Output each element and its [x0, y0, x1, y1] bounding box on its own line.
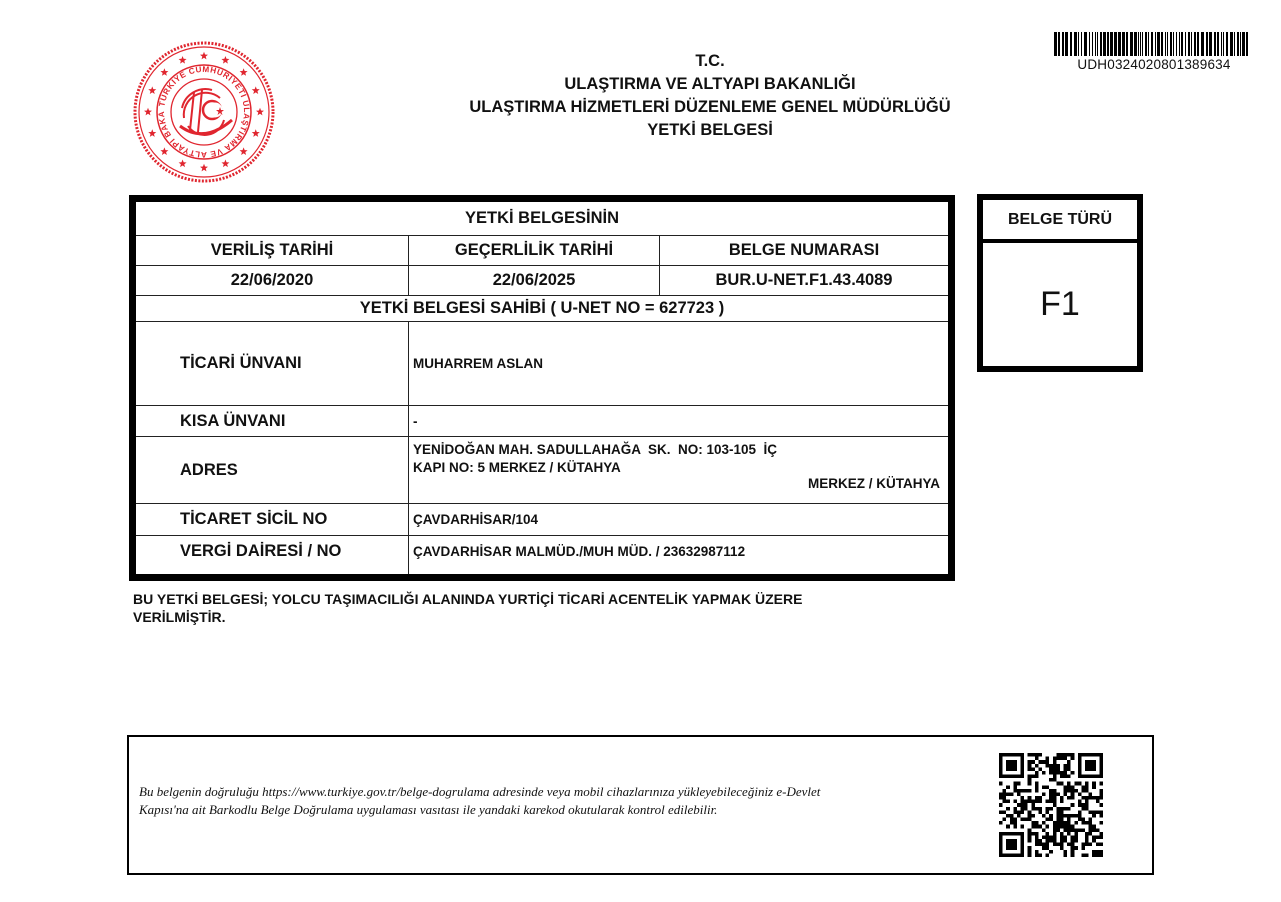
statement-line-2: VERİLMİŞTİR.	[133, 608, 913, 626]
verification-line-1: Bu belgenin doğruluğu https://www.turkiy…	[139, 783, 969, 801]
header-ministry: ULAŞTIRMA VE ALTYAPI BAKANLIĞI	[380, 73, 1040, 96]
values-row: 22/06/2020 22/06/2025 BUR.U-NET.F1.43.40…	[136, 266, 948, 296]
validity-date: 22/06/2025	[408, 266, 659, 295]
address-line-1: YENİDOĞAN MAH. SADULLAHAĞA SK. NO: 103-1…	[413, 441, 948, 459]
address-district: MERKEZ / KÜTAHYA	[413, 475, 948, 493]
header-doc-title: YETKİ BELGESİ	[380, 119, 1040, 142]
verification-box: Bu belgenin doğruluğu https://www.turkiy…	[127, 735, 1154, 875]
verification-line-2: Kapısı'na ait Barkodlu Belge Doğrulama u…	[139, 801, 969, 819]
holder-title: YETKİ BELGESİ SAHİBİ ( U-NET NO = 627723…	[136, 296, 948, 321]
field-label: TİCARİ ÜNVANI	[136, 322, 408, 405]
holder-title-row: YETKİ BELGESİ SAHİBİ ( U-NET NO = 627723…	[136, 296, 948, 322]
field-row-trade-name: TİCARİ ÜNVANI MUHARREM ASLAN	[136, 322, 948, 406]
field-label: ADRES	[136, 437, 408, 503]
seal-ring-text: TÜRKİYE CUMHURİYETİ ULAŞTIRMA VE ALTYAPI…	[132, 40, 251, 159]
authorization-statement: BU YETKİ BELGESİ; YOLCU TAŞIMACILIĞI ALA…	[133, 590, 913, 626]
svg-text:TÜRKİYE CUMHURİYETİ ULAŞTIRMA: TÜRKİYE CUMHURİYETİ ULAŞTIRMA VE ALTYAPI…	[132, 40, 251, 159]
address-value: YENİDOĞAN MAH. SADULLAHAĞA SK. NO: 103-1…	[408, 437, 948, 503]
field-row-tax-office: VERGİ DAİRESİ / NO ÇAVDARHİSAR MALMÜD./M…	[136, 536, 948, 574]
document-type-box: BELGE TÜRÜ F1	[977, 194, 1143, 372]
barcode-number: UDH0324020801389634	[1054, 57, 1254, 72]
verification-text: Bu belgenin doğruluğu https://www.turkiy…	[139, 783, 969, 819]
document-number: BUR.U-NET.F1.43.4089	[659, 266, 948, 295]
field-value: MUHARREM ASLAN	[408, 322, 948, 405]
header-tc: T.C.	[380, 50, 1040, 73]
field-label: KISA ÜNVANI	[136, 406, 408, 436]
certificate-table: YETKİ BELGESİNİN VERİLİŞ TARİHİ GEÇERLİL…	[129, 195, 955, 581]
column-header-row: VERİLİŞ TARİHİ GEÇERLİLİK TARİHİ BELGE N…	[136, 236, 948, 266]
field-label: TİCARET SİCİL NO	[136, 504, 408, 535]
document-type-title: BELGE TÜRÜ	[983, 200, 1137, 243]
section-title-row: YETKİ BELGESİNİN	[136, 202, 948, 236]
field-row-short-name: KISA ÜNVANI -	[136, 406, 948, 437]
column-header-document-number: BELGE NUMARASI	[659, 236, 948, 265]
ministry-seal-icon: TÜRKİYE CUMHURİYETİ ULAŞTIRMA VE ALTYAPI…	[132, 40, 276, 184]
barcode: UDH0324020801389634	[1054, 32, 1254, 72]
statement-line-1: BU YETKİ BELGESİ; YOLCU TAŞIMACILIĞI ALA…	[133, 590, 913, 608]
field-value: ÇAVDARHİSAR/104	[408, 504, 948, 535]
column-header-validity-date: GEÇERLİLİK TARİHİ	[408, 236, 659, 265]
field-row-address: ADRES YENİDOĞAN MAH. SADULLAHAĞA SK. NO:…	[136, 437, 948, 504]
field-value: -	[408, 406, 948, 436]
section-title: YETKİ BELGESİNİN	[136, 202, 948, 235]
barcode-icon	[1054, 32, 1254, 56]
field-value: ÇAVDARHİSAR MALMÜD./MUH MÜD. / 236329871…	[408, 536, 948, 574]
field-label: VERGİ DAİRESİ / NO	[136, 536, 408, 574]
column-header-issue-date: VERİLİŞ TARİHİ	[136, 236, 408, 265]
issue-date: 22/06/2020	[136, 266, 408, 295]
header-directorate: ULAŞTIRMA HİZMETLERİ DÜZENLEME GENEL MÜD…	[380, 96, 1040, 119]
qr-code-icon	[999, 753, 1103, 857]
document-header: T.C. ULAŞTIRMA VE ALTYAPI BAKANLIĞI ULAŞ…	[380, 50, 1040, 142]
field-row-trade-registry: TİCARET SİCİL NO ÇAVDARHİSAR/104	[136, 504, 948, 536]
document-type-value: F1	[983, 243, 1137, 366]
